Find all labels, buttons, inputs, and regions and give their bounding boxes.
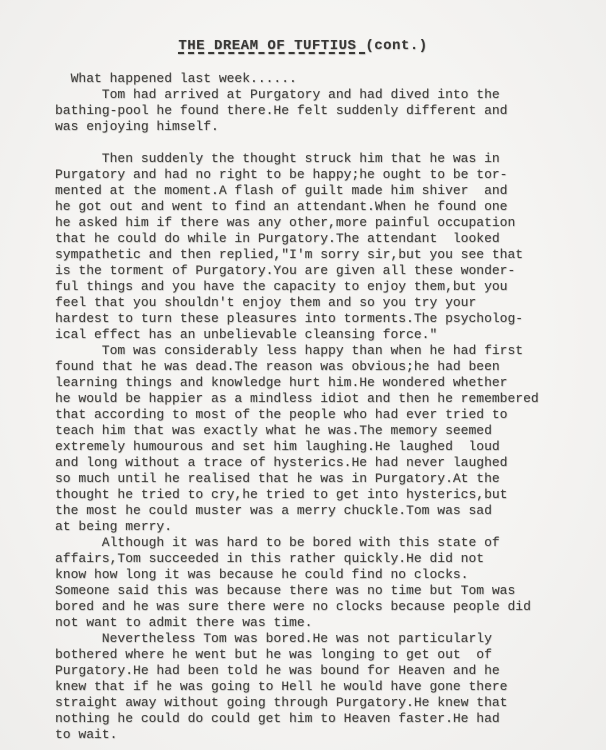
text-line: Purgatory and had no right to be happy;h… <box>55 167 586 183</box>
text-line: was enjoying himself. <box>55 119 586 135</box>
text-line: thought he tried to cry,he tried to get … <box>55 487 586 503</box>
text-line: so much until he realised that he was in… <box>55 471 586 487</box>
text-line: teach him that was exactly what he was.T… <box>55 423 586 439</box>
document-page: THE DREAM OF TUFTIUS (cont.) What happen… <box>0 0 606 750</box>
text-line: extremely humourous and set him laughing… <box>55 439 586 455</box>
text-line: Someone said this was because there was … <box>55 583 586 599</box>
text-line: Purgatory.He had been told he was bound … <box>55 663 586 679</box>
text-line: the most he could muster was a merry chu… <box>55 503 586 519</box>
text-line: that according to most of the people who… <box>55 407 586 423</box>
page-title-suffix: (cont.) <box>365 38 427 54</box>
text-line: mented at the moment.A flash of guilt ma… <box>55 183 586 199</box>
text-line: he got out and went to find an attendant… <box>55 199 586 215</box>
text-line: Tom had arrived at Purgatory and had div… <box>55 87 586 103</box>
text-line: he asked him if there was any other,more… <box>55 215 586 231</box>
page-title-main: THE DREAM OF TUFTIUS <box>178 38 365 54</box>
text-line: know how long it was because he could fi… <box>55 567 586 583</box>
text-line: ical effect has an unbelievable cleansin… <box>55 327 586 343</box>
text-line <box>55 135 586 151</box>
text-line: to wait. <box>55 727 586 743</box>
text-line: What happened last week...... <box>55 71 586 87</box>
text-line: Nevertheless Tom was bored.He was not pa… <box>55 631 586 647</box>
text-line: knew that if he was going to Hell he wou… <box>55 679 586 695</box>
text-line: bored and he was sure there were no cloc… <box>55 599 586 615</box>
text-line: bothered where he went but he was longin… <box>55 647 586 663</box>
text-line: straight away without going through Purg… <box>55 695 586 711</box>
text-line: ful things and you have the capacity to … <box>55 279 586 295</box>
text-line: sympathetic and then replied,"I'm sorry … <box>55 247 586 263</box>
text-line: nothing he could do could get him to Hea… <box>55 711 586 727</box>
text-line: Although it was hard to be bored with th… <box>55 535 586 551</box>
text-line: and long without a trace of hysterics.He… <box>55 455 586 471</box>
text-line: affairs,Tom succeeded in this rather qui… <box>55 551 586 567</box>
text-line: learning things and knowledge hurt him.H… <box>55 375 586 391</box>
text-line: he would be happier as a mindless idiot … <box>55 391 586 407</box>
text-line: feel that you shouldn't enjoy them and s… <box>55 295 586 311</box>
text-line: hardest to turn these pleasures into tor… <box>55 311 586 327</box>
text-line: Tom was considerably less happy than whe… <box>55 343 586 359</box>
text-line: not want to admit there was time. <box>55 615 586 631</box>
text-line: bathing-pool he found there.He felt sudd… <box>55 103 586 119</box>
text-line: is the torment of Purgatory.You are give… <box>55 263 586 279</box>
text-line: that he could do while in Purgatory.The … <box>55 231 586 247</box>
page-title: THE DREAM OF TUFTIUS (cont.) <box>0 38 606 54</box>
text-line: Then suddenly the thought struck him tha… <box>55 151 586 167</box>
text-line: at being merry. <box>55 519 586 535</box>
document-body: What happened last week...... Tom had ar… <box>55 71 586 743</box>
text-line: found that he was dead.The reason was ob… <box>55 359 586 375</box>
